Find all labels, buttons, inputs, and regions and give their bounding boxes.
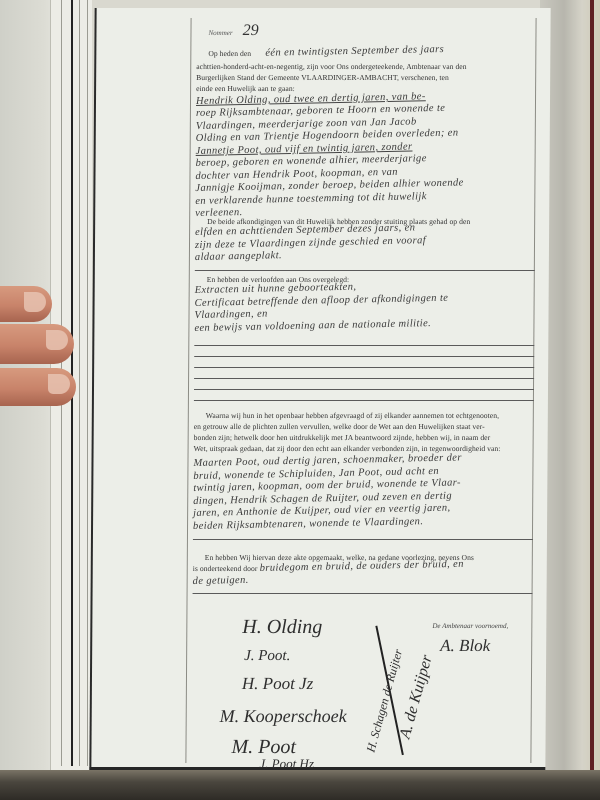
finger <box>0 324 74 364</box>
signature-witness-4: A. de Kuijper <box>397 653 437 741</box>
desk-surface <box>0 770 600 800</box>
finger <box>0 368 76 406</box>
opening-line-3: Burgerlijken Stand der Gemeente VLAARDIN… <box>196 72 536 83</box>
handwritten-date: één en twintigsten September des jaars <box>253 44 444 60</box>
divider-rule <box>195 270 535 271</box>
signature-groom: H. Olding <box>242 616 322 639</box>
left-margin-line <box>185 18 191 763</box>
record-number: Nommer 29 <box>208 22 258 40</box>
finger <box>0 286 52 322</box>
divider-rule <box>193 593 533 594</box>
register-page: Nommer 29 Op heden den één en twintigste… <box>89 8 550 770</box>
parties-handwritten: Hendrik Olding, oud twee en dertig jaren… <box>195 96 536 221</box>
blank-rule <box>194 400 534 401</box>
signature-father: H. Poot Jz <box>242 674 313 694</box>
signature-mother: M. Kooperschoek <box>220 706 347 727</box>
blank-rule <box>194 378 534 379</box>
hand <box>0 282 90 422</box>
signature-witness-2: J. Poot Hz <box>259 756 314 772</box>
printed-line: Waarna wij hun in het openbaar hebben af… <box>194 410 534 421</box>
opening-line-2: achttien-honderd-acht-en-negentig, zijn … <box>196 61 536 72</box>
printed-line: en getrouw alle de plichten zullen vervu… <box>194 421 534 432</box>
opening-line-1: Op heden den één en twintigsten Septembe… <box>196 48 536 61</box>
officer-signature: A. Blok <box>440 636 490 656</box>
documents-section: En hebben de verloofden aan Ons overgele… <box>194 274 535 401</box>
blank-rule <box>194 389 534 390</box>
proclamations-section: De beide afkondigingen van dit Huwelijk … <box>195 216 535 271</box>
blank-rule <box>194 345 534 346</box>
officer-label: De Ambtenaar voornoemd, <box>432 622 508 630</box>
blank-ruled-lines <box>194 345 534 401</box>
blank-rule <box>194 356 534 357</box>
blank-rule <box>194 367 534 368</box>
nummer-label: Nommer <box>208 29 232 37</box>
printed-line: bonden zijn; hetwelk door hen uitdrukkel… <box>194 432 534 443</box>
divider-rule <box>193 539 533 540</box>
signature-bride: J. Poot. <box>244 648 290 665</box>
declaration-section: Waarna wij hun in het openbaar hebben af… <box>193 410 534 540</box>
closing-section: En hebben Wij hiervan deze akte opgemaak… <box>193 552 533 594</box>
nummer-value: 29 <box>243 22 259 39</box>
witnesses-handwritten: Maarten Poot, oud dertig jaren, schoenma… <box>193 458 534 533</box>
opening-section: Op heden den één en twintigsten Septembe… <box>195 48 536 221</box>
book-binding <box>590 0 594 790</box>
